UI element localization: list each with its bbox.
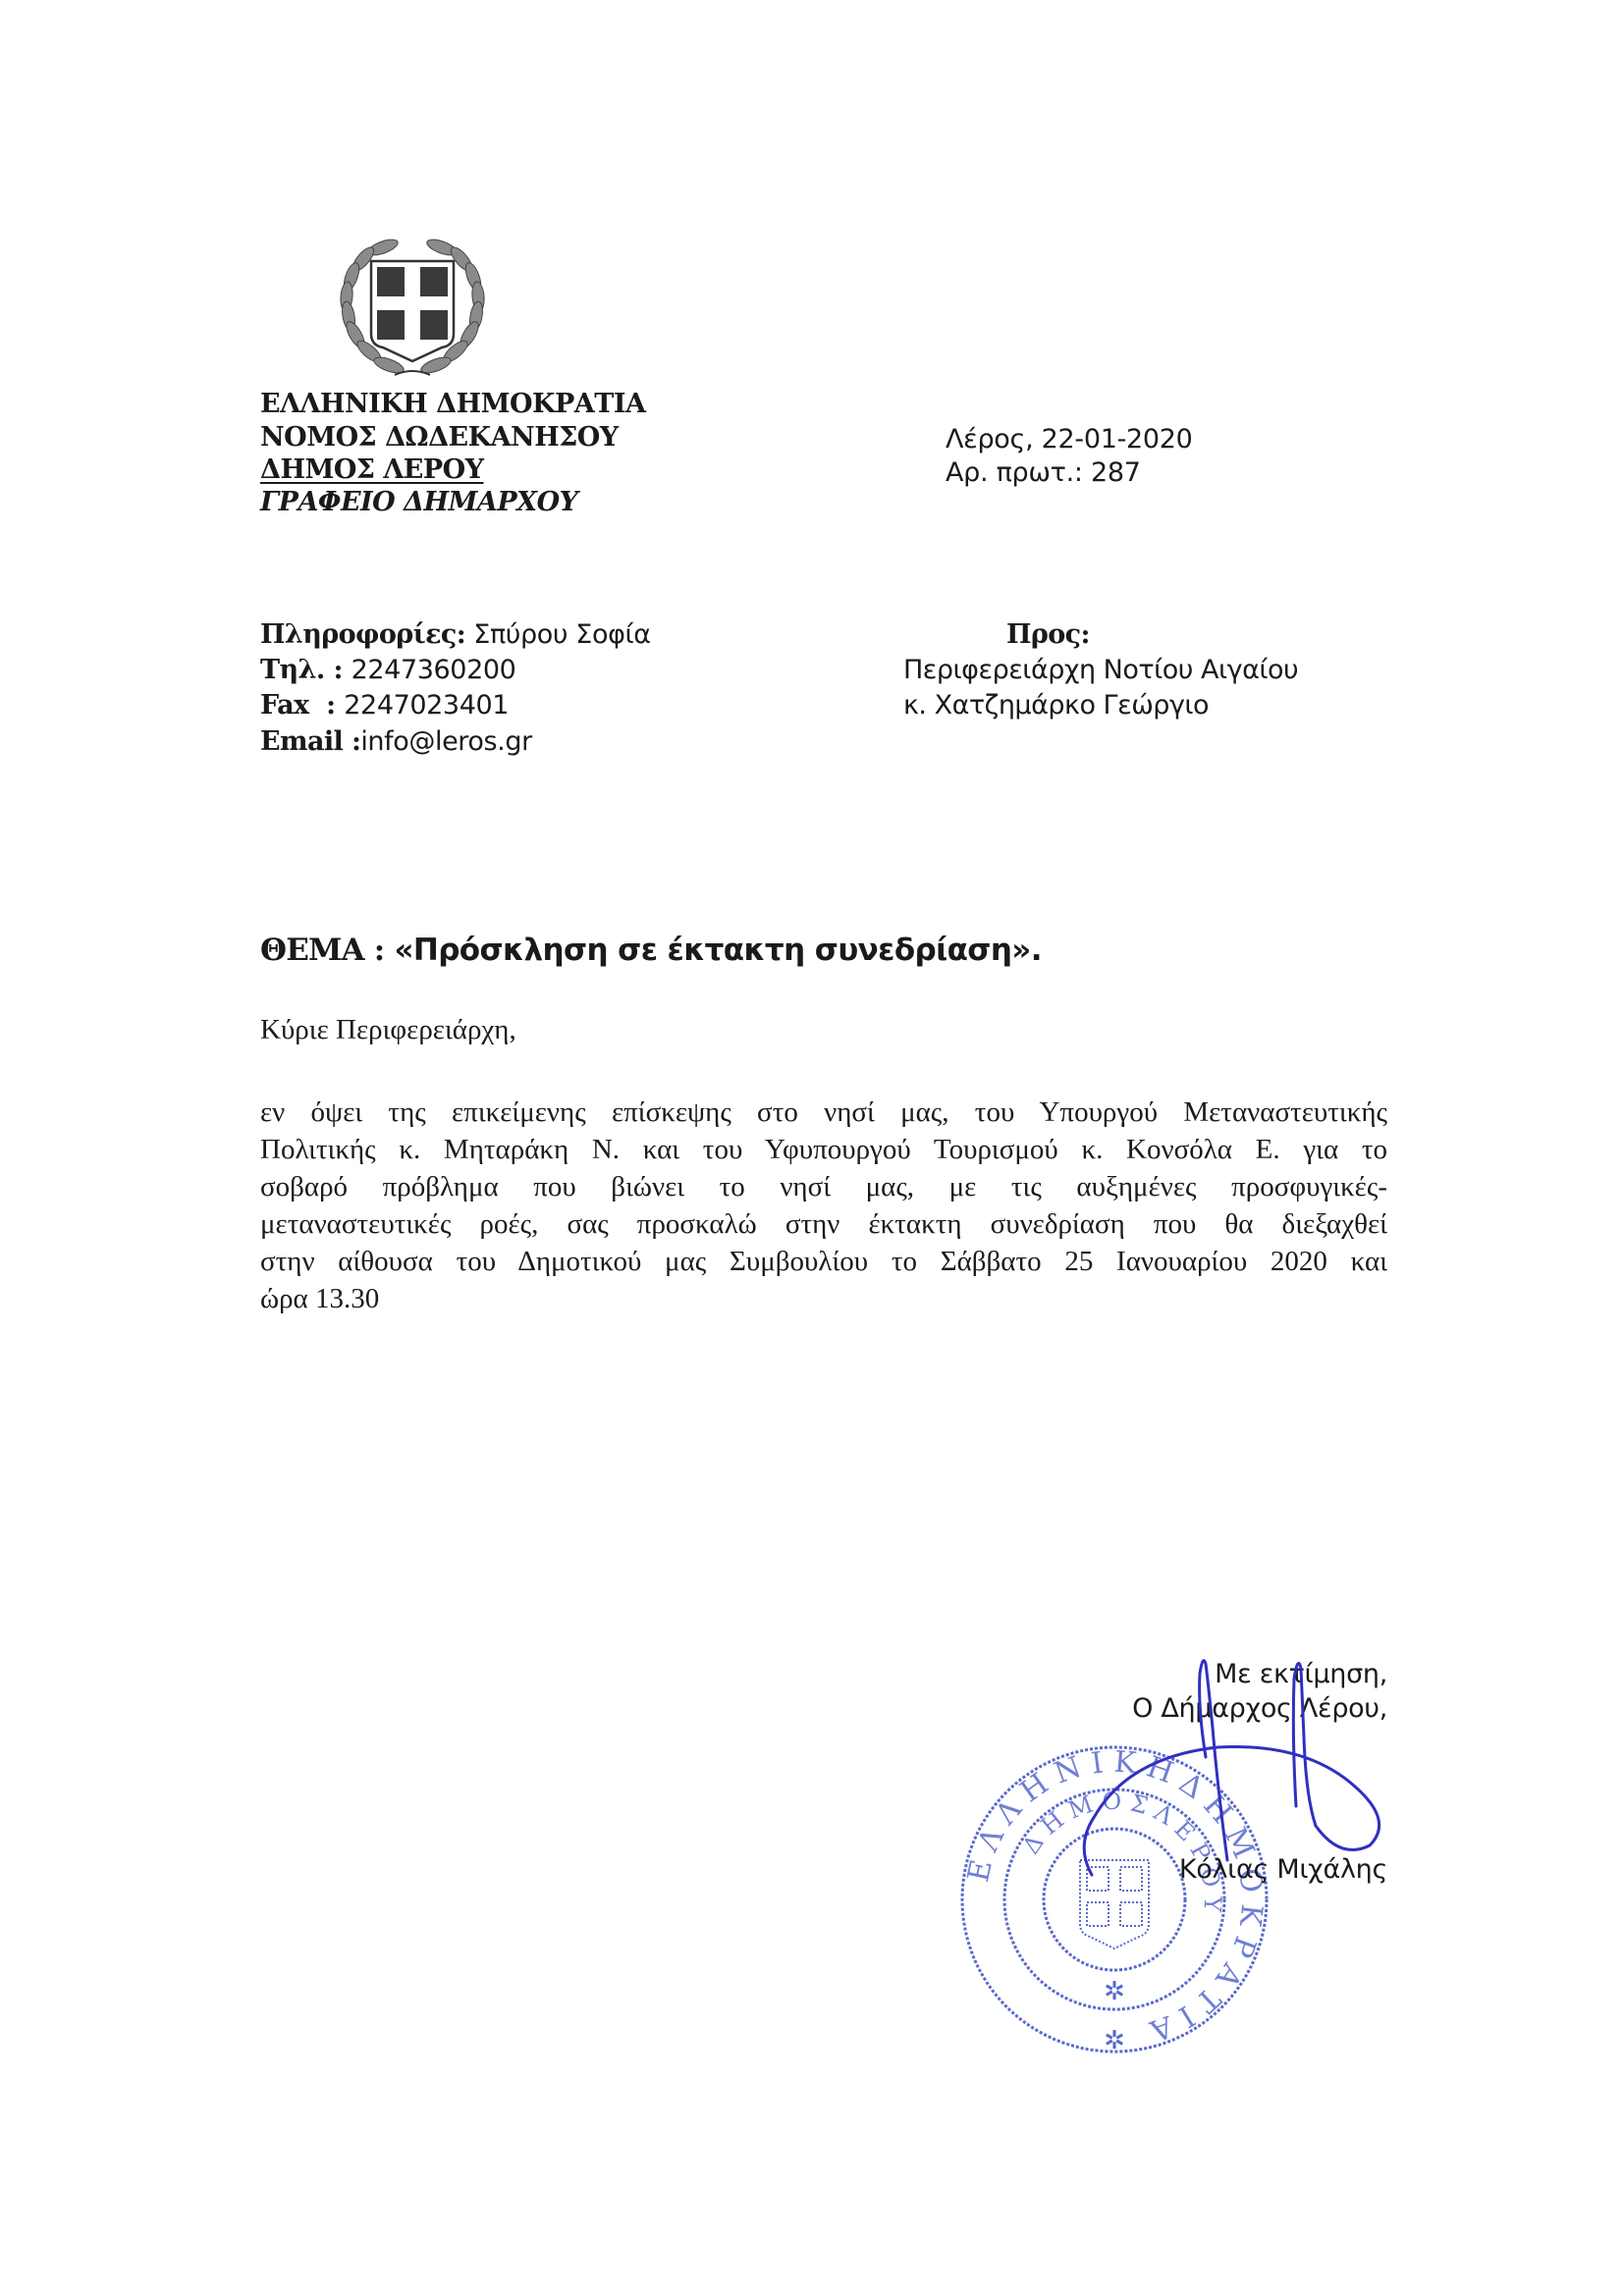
body-line: σοβαρό πρόβλημα που βιώνει το νησί μας, …	[260, 1168, 1387, 1205]
fax-label: Fax :	[260, 690, 344, 721]
fax-value: 2247023401	[344, 690, 509, 721]
header-prefecture: ΝΟΜΟΣ ΔΩΔΕΚΑΝΗΣΟΥ	[260, 422, 619, 454]
contact-info: Πληροφορίες: Σπύρου Σοφία	[260, 619, 651, 651]
email-value: info@leros.gr	[360, 726, 531, 757]
info-label: Πληροφορίες:	[260, 619, 465, 650]
body-line: Πολιτικής κ. Μηταράκη Ν. και του Υφυπουρ…	[260, 1131, 1387, 1168]
info-value: Σπύρου Σοφία	[465, 619, 651, 650]
recipient-line2: κ. Χατζημάρκο Γεώργιο	[903, 690, 1209, 721]
header-municipality-text: ΔΗΜΟΣ ΛΕΡΟΥ	[260, 454, 483, 485]
svg-text:✲: ✲	[1104, 1977, 1125, 2005]
header-office: ΓΡΑΦΕΙΟ ΔΗΜΑΡΧΟΥ	[260, 487, 577, 518]
contact-phone: Τηλ. : 2247360200	[260, 655, 515, 686]
body-line: ώρα 13.30	[260, 1280, 1387, 1317]
greek-coat-of-arms-icon	[334, 236, 491, 383]
body-line: στην αίθουσα του Δημοτικού μας Συμβουλίο…	[260, 1243, 1387, 1280]
contact-email: Email :info@leros.gr	[260, 726, 532, 758]
recipient-label: Προς:	[1006, 619, 1090, 651]
place-date: Λέρος, 22-01-2020	[946, 424, 1193, 455]
subject-line: ΘΕΜΑ : «Πρόσκληση σε έκτακτη συνεδρίαση»…	[260, 933, 1042, 968]
phone-value: 2247360200	[352, 655, 516, 685]
body-line: μεταναστευτικές ροές, σας προσκαλώ στην …	[260, 1205, 1387, 1243]
subject-text: «Πρόσκληση σε έκτακτη συνεδρίαση».	[394, 933, 1041, 968]
recipient-line1: Περιφερειάρχη Νοτίου Αιγαίου	[903, 655, 1298, 686]
svg-text:✲: ✲	[1104, 2026, 1125, 2055]
header-municipality: ΔΗΜΟΣ ΛΕΡΟΥ	[260, 454, 499, 486]
protocol-number: Αρ. πρωτ.: 287	[946, 457, 1141, 489]
subject-label: ΘΕΜΑ :	[260, 933, 394, 968]
handwritten-signature	[1070, 1649, 1404, 1885]
email-label: Email :	[260, 726, 360, 757]
body-line: εν όψει της επικείμενης επίσκεψης στο νη…	[260, 1094, 1387, 1131]
letter-body: εν όψει της επικείμενης επίσκεψης στο νη…	[260, 1094, 1387, 1317]
contact-fax: Fax : 2247023401	[260, 690, 509, 721]
header-country: ΕΛΛΗΝΙΚΗ ΔΗΜΟΚΡΑΤΙΑ	[260, 389, 645, 420]
phone-label: Τηλ. :	[260, 655, 352, 685]
salutation: Κύριε Περιφερειάρχη,	[260, 1013, 516, 1046]
